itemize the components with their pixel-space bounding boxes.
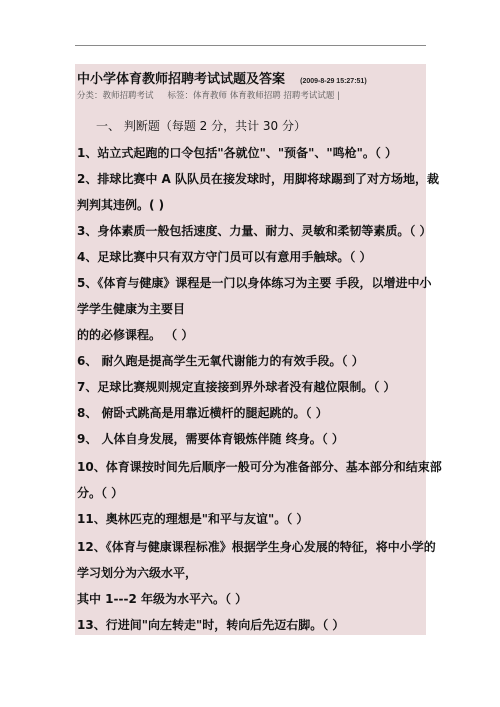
question-line: 的的必修课程。 （ ）: [77, 326, 193, 343]
section-heading: 一、 判断题（每题 2 分，共计 30 分）: [96, 117, 306, 134]
article-date: (2009-8-29 15:27:51): [300, 78, 367, 85]
article-meta: 分类：教师招聘考试标签：体育教师 体育教师招聘 招聘考试试题 |: [77, 89, 340, 101]
question-line: 11、奥林匹克的理想是"和平与友谊"。（ ）: [77, 510, 308, 527]
question-line: 分。（ ）: [77, 484, 123, 501]
top-divider: [75, 45, 426, 46]
question-line: 2、排球比赛中 A 队队员在接发球时，用脚将球踢到了对方场地，裁: [77, 170, 439, 187]
question-line: 7、足球比赛规则规定直接接到界外球者没有越位限制。（ ）: [77, 378, 396, 395]
question-line: 判判其违例。( ): [77, 196, 164, 213]
category-label[interactable]: 分类：教师招聘考试: [77, 91, 154, 101]
question-line: 3、身体素质一般包括速度、力量、耐力、灵敏和柔韧等素质。（ ）: [77, 222, 432, 239]
question-line: 学学生健康为主要目: [77, 300, 185, 317]
question-line: 9、 人体自身发展，需要体育锻炼伴随 终身。（ ）: [77, 430, 344, 447]
tags-label[interactable]: 标签：体育教师 体育教师招聘 招聘考试试题 |: [168, 91, 340, 101]
question-line: 学习划分为六级水平，: [77, 564, 197, 581]
question-line: 13、行进间"向左转走"时，转向后先迈右脚。（ ）: [77, 616, 344, 633]
question-line: 12、《体育与健康课程标准》根据学生身心发展的特征，将中小学的: [77, 538, 436, 555]
question-line: 8、 俯卧式跳高是用靠近横杆的腿起跳的。（ ）: [77, 404, 328, 421]
article-title: 中小学体育教师招聘考试试题及答案: [77, 72, 285, 87]
question-line: 5、《体育与健康》课程是一门以身体练习为主要 手段，以增进中小: [77, 274, 432, 291]
question-line: 1、站立式起跑的口令包括"各就位"、"预备"、"鸣枪"。（ ）: [77, 144, 397, 161]
question-line: 其中 1---2 年级为水平六。（ ）: [77, 590, 247, 607]
question-line: 10、体育课按时间先后顺序一般可分为准备部分、基本部分和结束部: [77, 458, 442, 475]
article-header: 中小学体育教师招聘考试试题及答案 (2009-8-29 15:27:51): [77, 68, 367, 87]
question-line: 4、足球比赛中只有双方守门员可以有意用手触球。（ ）: [77, 248, 372, 265]
question-line: 6、 耐久跑是提高学生无氧代谢能力的有效手段。（ ）: [77, 352, 364, 369]
